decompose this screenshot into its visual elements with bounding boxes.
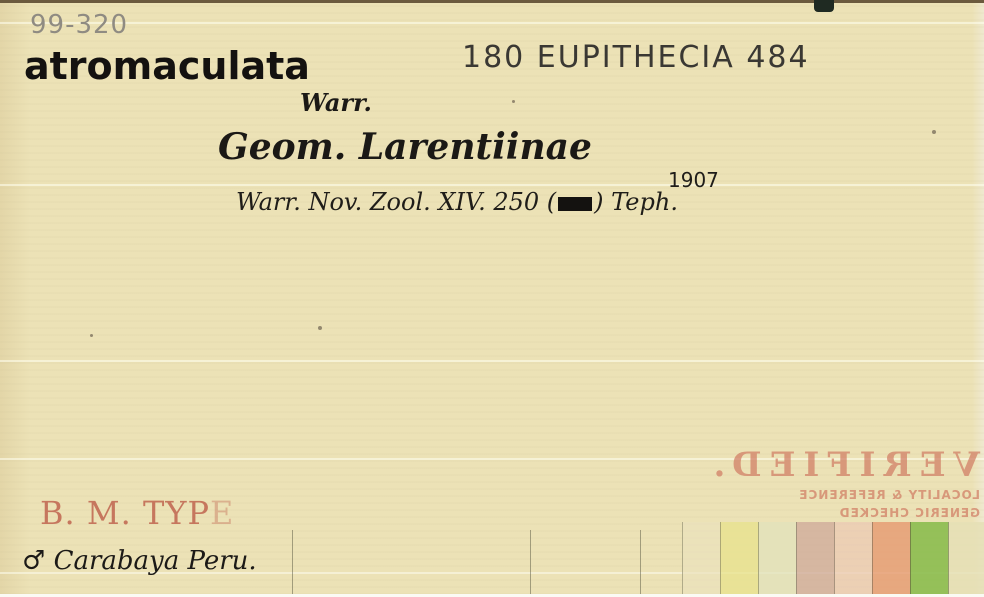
type-stamp-faded: E [210,494,234,532]
color-strip [796,522,835,594]
card-top-edge [0,0,984,3]
verified-line-1: LOCALITY & REFERENCE [780,488,980,502]
color-strip [910,522,949,594]
color-strip [720,522,759,594]
citation-tail: ) Teph. [594,188,678,216]
color-strip [682,522,721,594]
accession-number: 99-320 [30,10,128,40]
citation-line: Warr. Nov. Zool. XIV. 250 () Teph. [236,188,678,216]
verified-line-2: GENERIC CHECKED [780,506,980,520]
verified-title: VERIFIED. [780,446,980,484]
ruled-line [0,184,984,186]
type-stamp-text: B. M. TYP [40,494,210,532]
verified-stamp-mirrored: VERIFIED. LOCALITY & REFERENCE GENERIC C… [780,446,980,520]
clip-mark [814,0,834,12]
tick-line [530,530,531,594]
specimen-index-card: 99-320 atromaculata Warr. 180 EUPITHECIA… [0,0,984,594]
tick-line [640,530,641,594]
citation-text: Warr. Nov. Zool. XIV. 250 ( [236,188,556,216]
family-subfamily: Geom. Larentiinae [218,126,592,168]
ruled-line [0,360,984,362]
color-strip [872,522,911,594]
ink-speck [932,130,936,134]
tick-line [292,530,293,594]
color-strip [758,522,797,594]
ruled-line [0,22,984,24]
species-author: Warr. [300,88,372,117]
genus-reference: 180 EUPITHECIA 484 [462,40,810,75]
ink-speck [512,100,515,103]
struck-out-year [558,197,592,211]
type-stamp: B. M. TYPE [40,494,234,532]
color-strip [948,522,984,594]
color-strip [834,522,873,594]
species-name: atromaculata [24,44,310,88]
ink-speck [90,334,93,337]
ink-speck [318,326,322,330]
locality: ♂ Carabaya Peru. [22,546,257,576]
